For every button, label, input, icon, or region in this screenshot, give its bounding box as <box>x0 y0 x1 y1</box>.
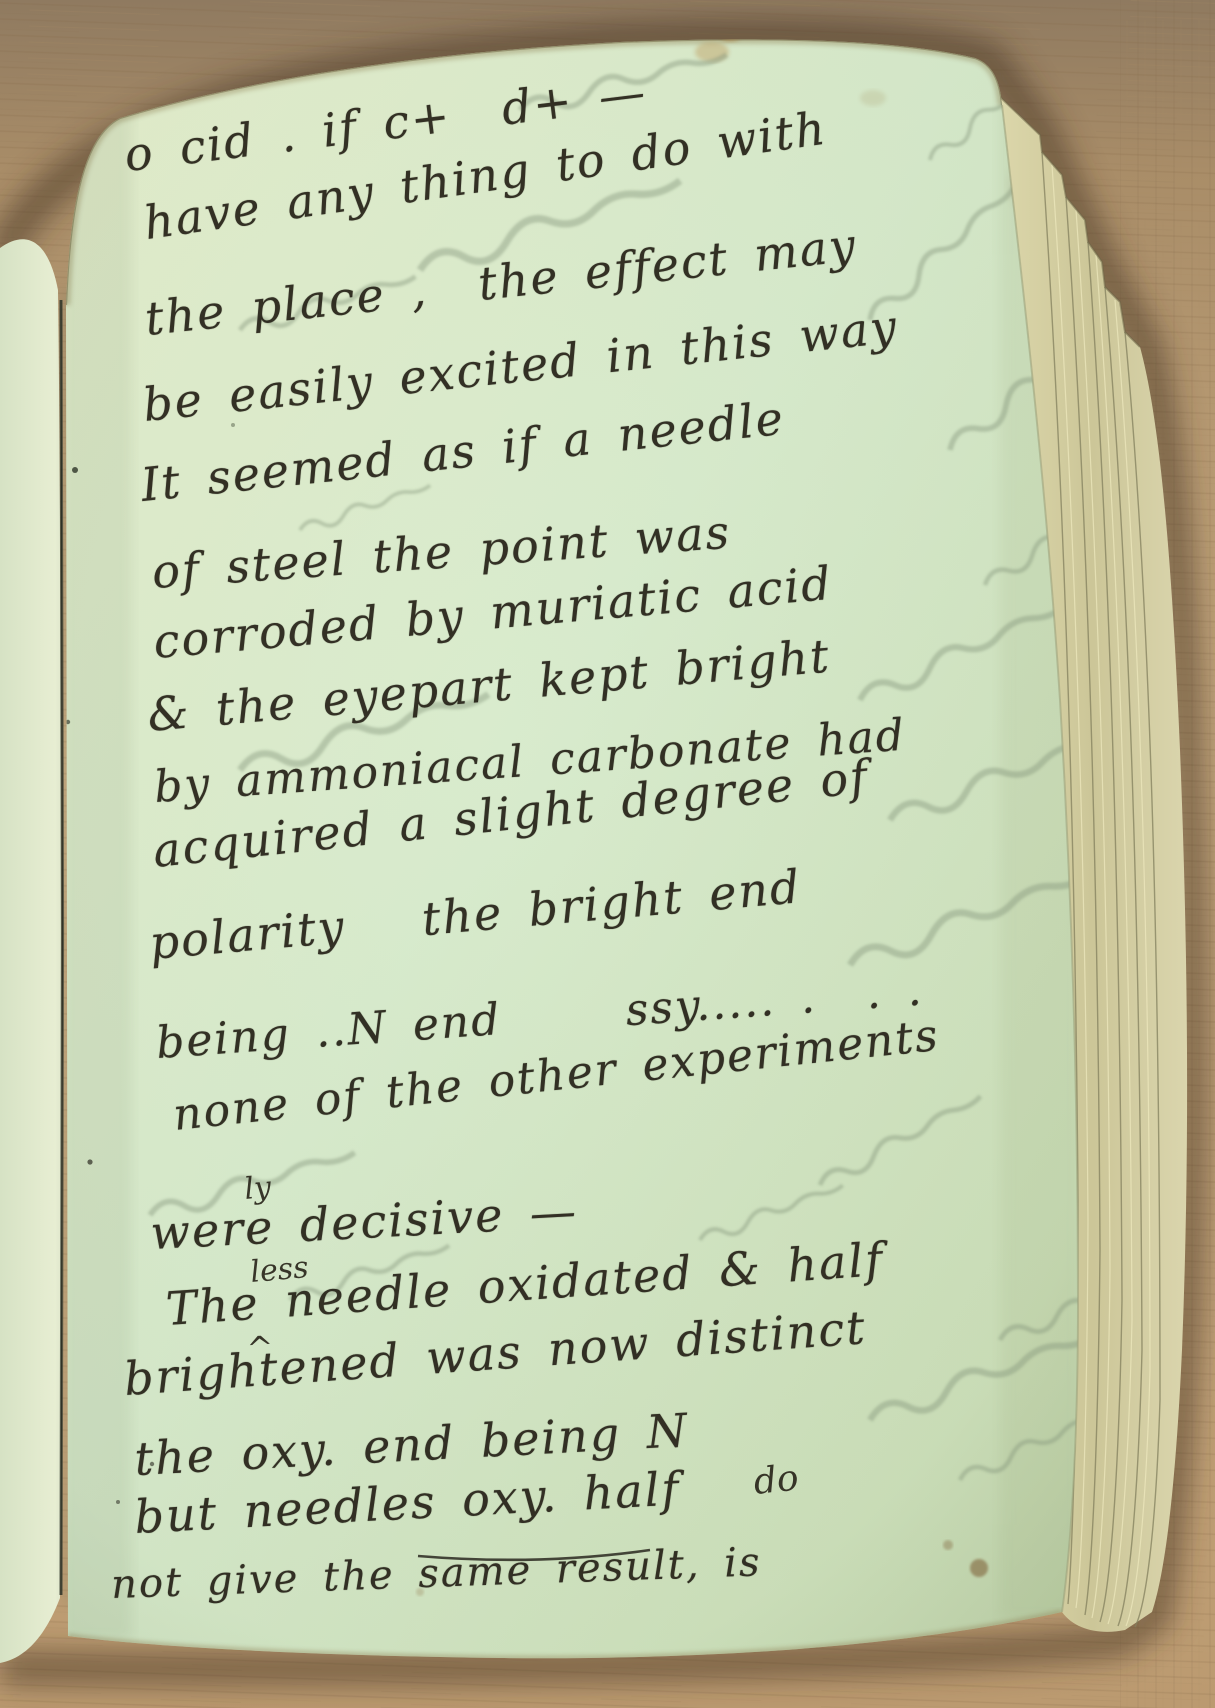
insertion-ly: ly <box>243 1170 272 1207</box>
photographed-notebook: o cid . if c+ d+ — have any thing to do … <box>0 0 1215 1708</box>
left-page-strip <box>0 239 61 1663</box>
insertion-less: less <box>249 1250 310 1290</box>
insertion-do-raised: do <box>752 1458 801 1503</box>
